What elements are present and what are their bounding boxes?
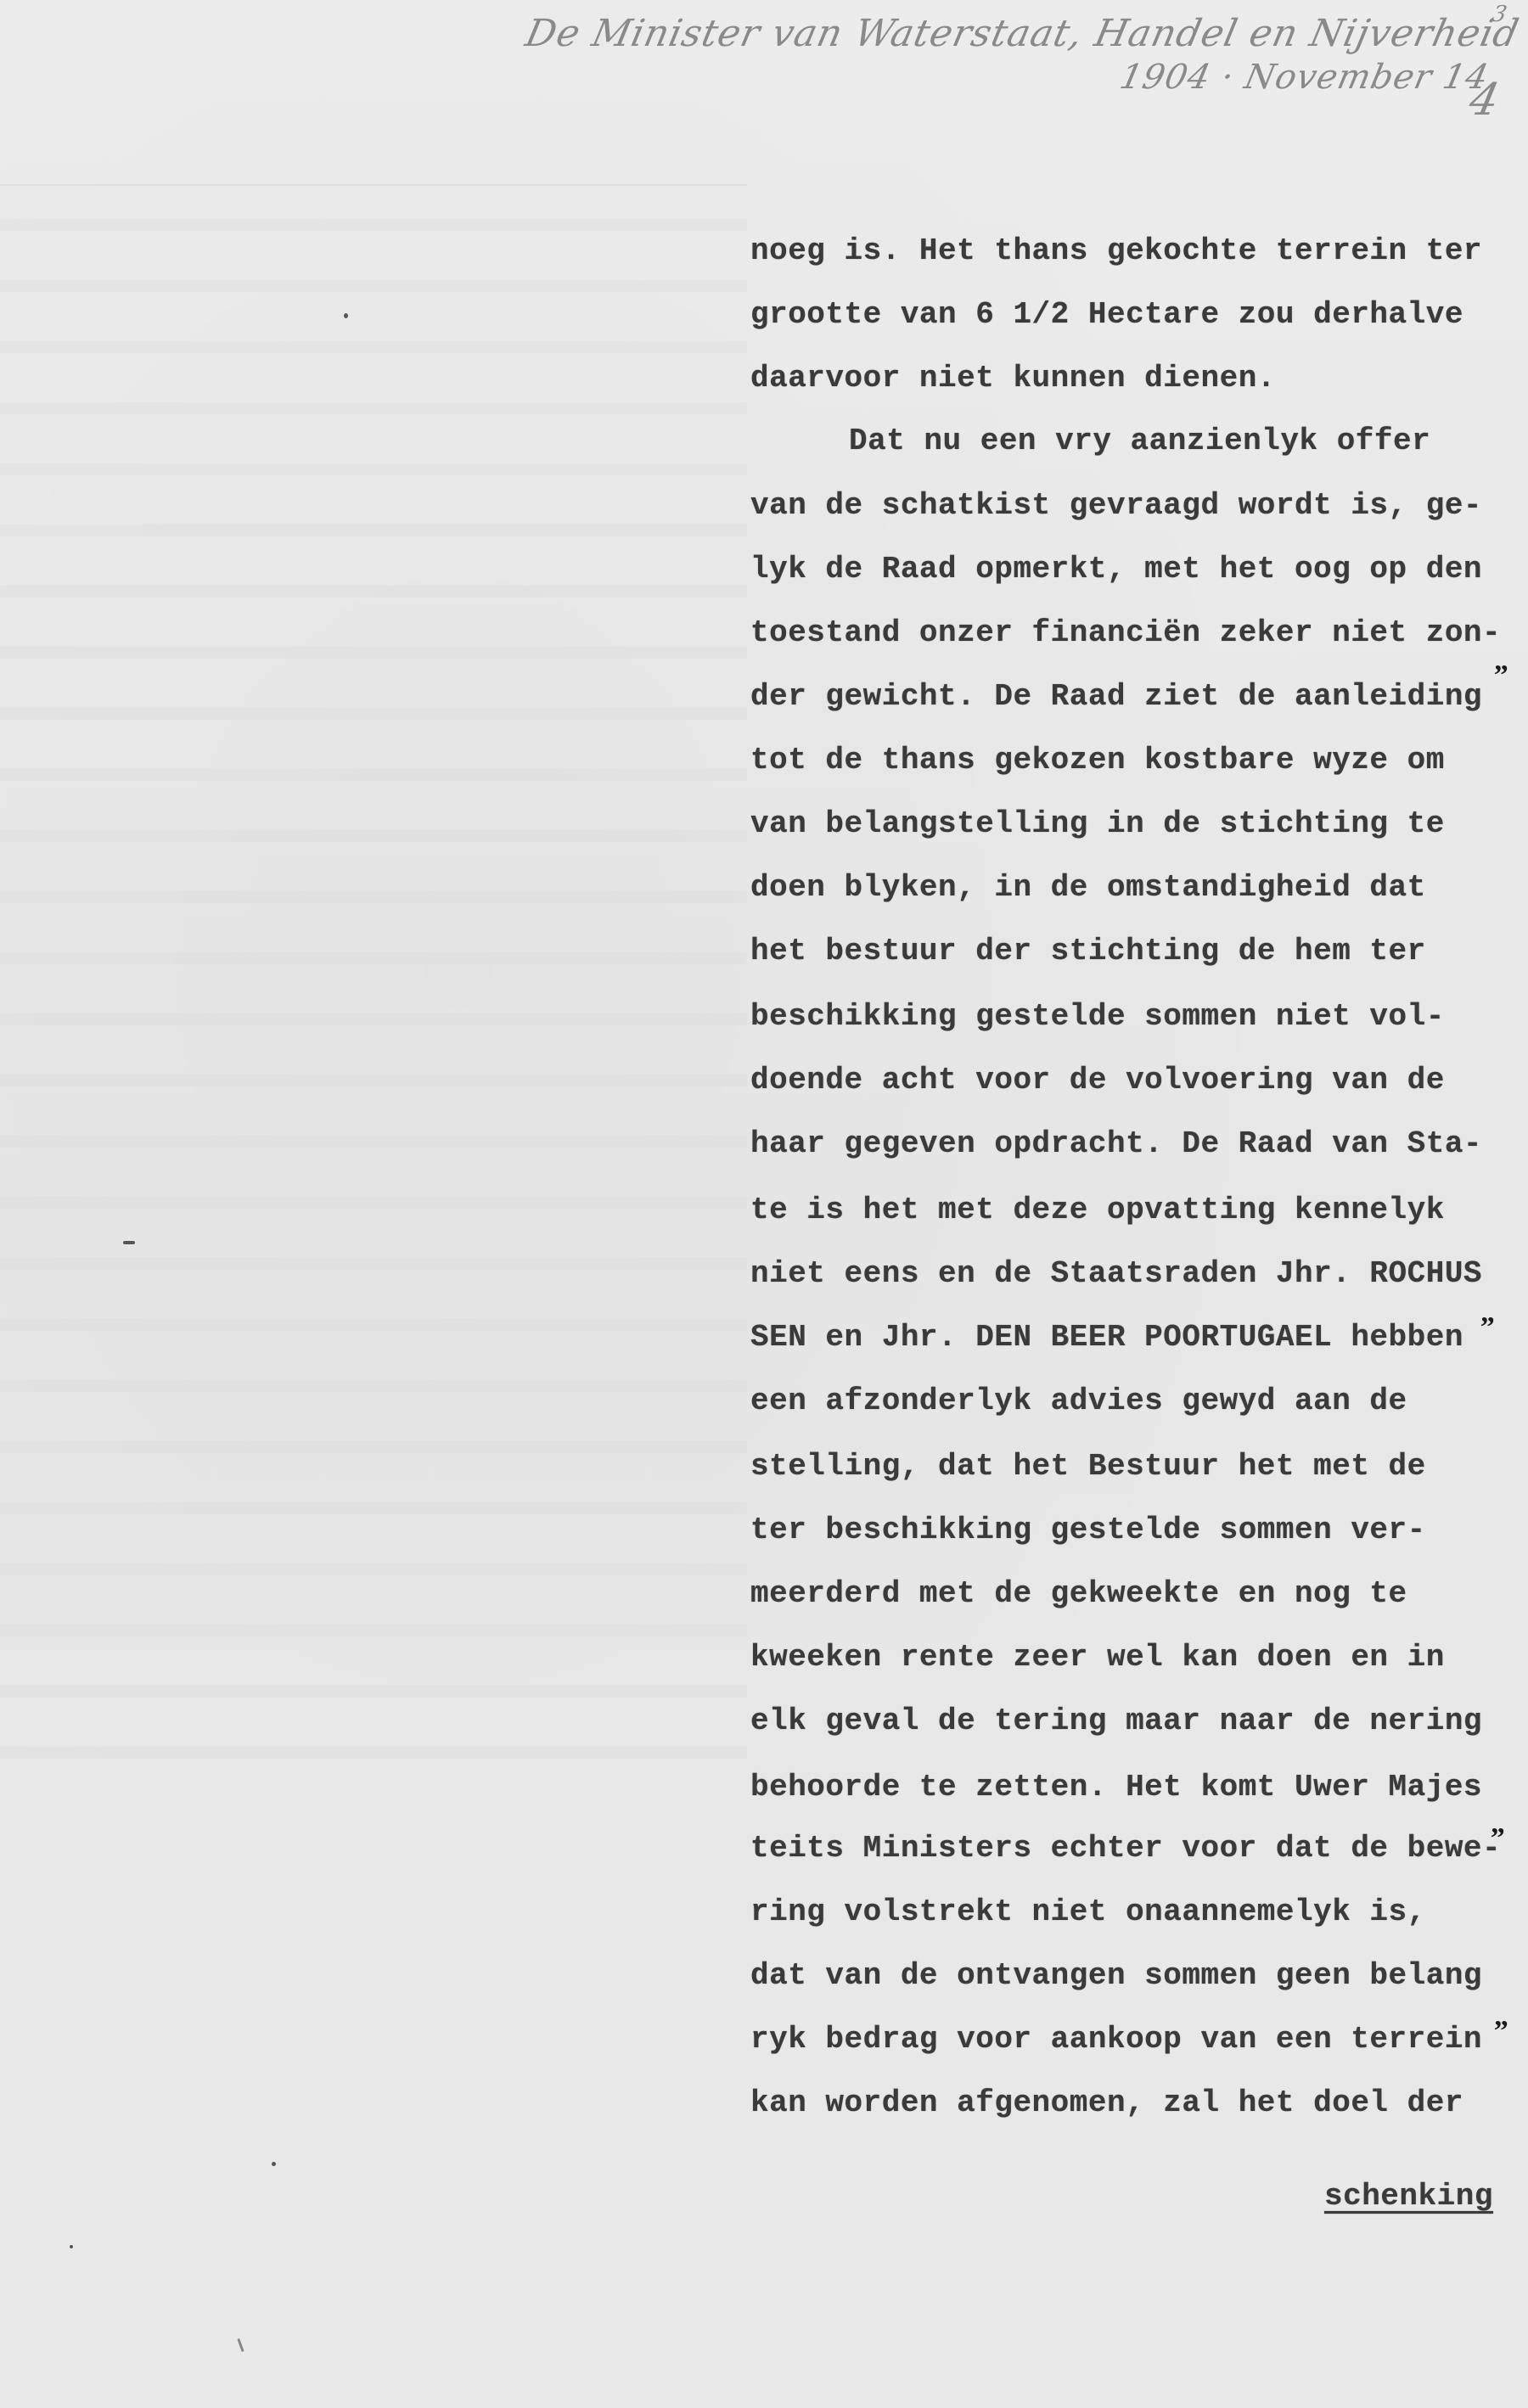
ink-speck: [70, 2245, 73, 2248]
text-line: dat van de ontvangen sommen geen belang: [750, 1961, 1482, 1991]
text-line: der gewicht. De Raad ziet de aanleiding: [750, 682, 1482, 712]
text-line: doende acht voor de volvoering van de: [750, 1065, 1445, 1096]
text-line: ryk bedrag voor aankoop van een terrein: [750, 2024, 1482, 2055]
bleed-through-text: [0, 170, 747, 1782]
text-line: elk geval de tering maar naar de nering: [750, 1706, 1482, 1737]
ink-speck: [237, 2338, 244, 2352]
text-line: een afzonderlyk advies gewyd aan de: [750, 1386, 1407, 1417]
text-line: behoorde te zetten. Het komt Uwer Majes: [750, 1772, 1482, 1803]
text-line: het bestuur der stichting de hem ter: [750, 936, 1426, 967]
text-line: teits Ministers echter voor dat de bewe-: [750, 1833, 1501, 1864]
continuation-mark: „: [1491, 1808, 1505, 1840]
ink-speck: [344, 313, 348, 318]
text-line: niet eens en de Staatsraden Jhr. ROCHUS: [750, 1259, 1482, 1289]
text-line: te is het met deze opvatting kennelyk: [750, 1195, 1445, 1226]
continuation-mark: „: [1494, 645, 1508, 677]
text-line: toestand onzer financiën zeker niet zon-: [750, 618, 1501, 648]
ink-speck: [272, 2162, 276, 2166]
text-line: beschikking gestelde sommen niet vol-: [750, 1002, 1445, 1032]
text-line: Dat nu een vry aanzienlyk offer: [849, 426, 1430, 457]
text-line: lyk de Raad opmerkt, met het oog op den: [750, 554, 1482, 585]
continuation-mark: „: [1494, 2001, 1508, 2033]
text-line: van de schatkist gevraagd wordt is, ge-: [750, 491, 1482, 521]
text-line: noeg is. Het thans gekochte terrein ter: [750, 236, 1482, 267]
text-line: grootte van 6 1/2 Hectare zou derhalve: [750, 300, 1463, 330]
text-line: van belangstelling in de stichting te: [750, 809, 1445, 839]
text-line: kan worden afgenomen, zal het doel der: [750, 2088, 1463, 2119]
text-line: tot de thans gekozen kostbare wyze om: [750, 745, 1445, 776]
text-line: stelling, dat het Bestuur het met de: [750, 1451, 1426, 1482]
bleed-through-rule: [0, 184, 747, 186]
handwritten-sender: De Minister van Waterstaat, Handel en Ni…: [522, 12, 1524, 55]
catchword: schenking: [1324, 2181, 1493, 2212]
document-page: De Minister van Waterstaat, Handel en Ni…: [0, 0, 1528, 2408]
text-line: ter beschikking gestelde sommen ver-: [750, 1515, 1426, 1546]
text-line: haar gegeven opdracht. De Raad van Sta-: [750, 1129, 1482, 1159]
text-line: ring volstrekt niet onaannemelyk is,: [750, 1897, 1426, 1928]
text-line: doen blyken, in de omstandigheid dat: [750, 873, 1426, 903]
handwritten-date: 1904 · November 14: [1116, 58, 1492, 97]
text-line: SEN en Jhr. DEN BEER POORTUGAEL hebben: [750, 1322, 1463, 1353]
text-line: kweeken rente zeer wel kan doen en in: [750, 1642, 1445, 1673]
continuation-mark: „: [1480, 1297, 1495, 1329]
text-line: meerderd met de gekweekte en nog te: [750, 1579, 1407, 1609]
text-line: daarvoor niet kunnen dienen.: [750, 363, 1276, 394]
ink-speck: [123, 1241, 135, 1244]
